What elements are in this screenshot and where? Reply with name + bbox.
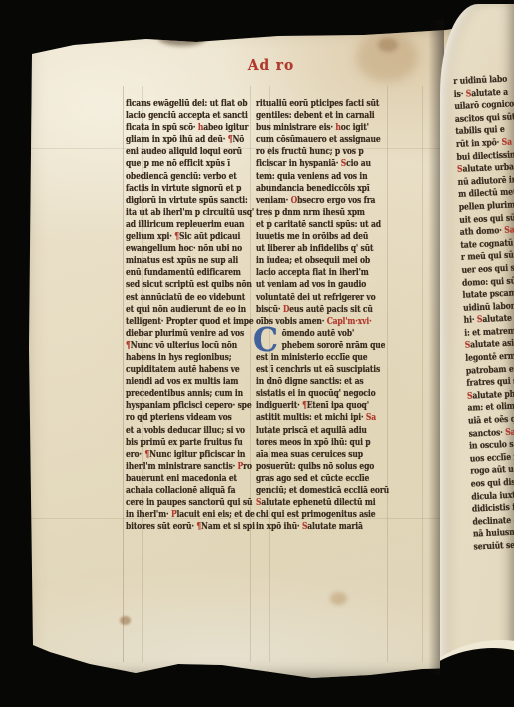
text-line: bitores sūt eorū· ¶Nam et si spi [126,521,254,533]
text-line: ut veniam ad vos in gaudio [256,279,392,291]
text-line: ficiscar in hyspaniā· Scio au [256,158,392,170]
text-line: lacio genciū accepta et sancti [126,110,254,122]
text-line: bauerunt eni macedonia et [126,473,254,485]
text-line: bis primū ex parte fruitus fu [126,437,254,449]
text-line: ro qd pteriens videam vos [126,412,254,424]
stain-top [158,30,206,46]
text-line: cere in paupes sanctorū qui sū [126,497,254,509]
text-line: ut liberer ab infidelibs q' sūt [256,243,392,255]
text-line: ewangelium hoc· nōn ubi no [126,243,254,255]
text-line: ero· ¶Nunc igitur pficiscar in [126,449,254,461]
manuscript-page: Ad ro ficans ewāgeliū dei: ut fiat oblac… [26,28,458,678]
text-line: ficans ewāgeliū dei: ut fiat ob [126,98,254,110]
text-line: aīa mea suas ceruices sup [256,449,392,461]
text-line: voluntatē dei ut refrigerer vo [256,292,392,304]
photo-frame: Ad ro ficans ewāgeliū dei: ut fiat oblac… [0,0,514,707]
text-line: iherl'm ministrare sanctis· Pro [126,461,254,473]
text-line: genciū; et domesticā eccliā eorū [256,485,392,497]
text-line: et a vobis deducar illuc; si vo [126,425,254,437]
text-line: cum cōsūmauero et assignaue [256,134,392,146]
text-line: gliam in xpō ihū ad deū· ¶Nō [126,134,254,146]
text-line: ritualiū eorū pticipes facti sūt [256,98,392,110]
ruling-line [422,86,423,662]
text-line: obediencā genciū: verbo et [126,171,254,183]
text-line: bus ministrare eis· hoc igit' [256,122,392,134]
text-line: hyspaniam pficisci cepero· spe [126,400,254,412]
text-line: eos qui dissen [471,476,514,492]
text-line: posuerūt: quibs nō solus ego [256,461,392,473]
text-line: abundancia benediccōis xpī [256,183,392,195]
facing-page: r uidinū labois· Salutate auilarō cognic… [440,4,514,707]
text-column-left: ficans ewāgeliū dei: ut fiat oblacio gen… [126,98,254,533]
text-line: gentiles: debent et in carnali [256,110,392,122]
stain-bottom-center [330,592,347,605]
text-line: precedentibus annis; cum in [126,388,254,400]
text-line: iuuetis me in orōibs ad deū [256,231,392,243]
text-line: sistatis ei in quocūq' negocio [256,388,392,400]
text-line: ¶Nunc vō ulterius locū nōn [126,340,254,352]
text-line: eni audeo aliquid loqui eorū [126,146,254,158]
text-line: ad illiricum repleuerim euan [126,219,254,231]
text-line: in iherl'm· Placuit eni eis; et de [126,509,254,521]
stain-bottom-left [120,616,131,625]
text-line: indiguerit· ¶Etenī ipa quoq' [256,400,392,412]
text-line: habens in hys regionibus; [126,352,254,364]
text-line: in dnō digne sanctis: et as [256,376,392,388]
text-line: tem: quia veniens ad vos in [256,171,392,183]
text-line: tores meos in xpō ihū: qui p [256,437,392,449]
text-line: minatus est xpūs ne sup ali [126,255,254,267]
text-line: gelium xpi· ¶Sic aūt pdicaui [126,231,254,243]
text-line: niendi ad vos ex multis iam [126,376,254,388]
text-line: diebar plurimū venire ad vos [126,328,254,340]
text-column-right: ritualiū eorū pticipes facti sūtgentiles… [256,98,392,533]
text-line: seruiūt sed suo [473,539,514,555]
text-line: lacio accepta fiat in iherl'm [256,267,392,279]
text-line: tres p dnm nrm ihesū xpm [256,207,392,219]
text-line: chi qui est primogenitus asie [256,509,392,521]
text-line: Salutate ephenetū dilectū mi [256,497,392,509]
stain-top-right-core [378,38,398,52]
text-line: factis in virtute signorū et p [126,183,254,195]
text-line: et p caritatē sancti spūs: ut ad [256,219,392,231]
text-line: digiorū in virtute spūs sancti: [126,195,254,207]
text-line: que p me nō efficit xpūs ī [126,158,254,170]
text-line: et qui nōn audierunt de eo in [126,304,254,316]
text-line: in xpō ihū· Salutate mariā [256,521,392,533]
facing-page-text: r uidinū labois· Salutate auilarō cognic… [453,73,514,562]
text-line: in iudea; et obsequii mei ob [256,255,392,267]
text-line: lutate priscā et aquilā adiu [256,425,392,437]
text-line: cupiditatem autē habens ve [126,364,254,376]
text-line: biscū· Deus autē pacis sit cū [256,304,392,316]
running-header: Ad ro [234,56,308,74]
text-line: ficata in spū scō· habeo igitur [126,122,254,134]
text-line: achaia collacionē aliquā fa [126,485,254,497]
text-line: astitit multis: et michi ipi· Sa [256,412,392,424]
text-line: gras ago sed et cūcte ecclīe [256,473,392,485]
text-line: est annūciatū de eo videbunt [126,292,254,304]
text-line: sed sicut scriptū est quibs nōn [126,279,254,291]
text-line: enū fundamentū edificarem [126,267,254,279]
text-line: ro eis fructū hunc; p vos p [256,146,392,158]
ruling-line [123,86,124,662]
text-line: veniam· Obsecro ergo vos fra [256,195,392,207]
text-line: telligent· Propter quod et impe [126,316,254,328]
text-line: est ī cenchris ut eā suscipiatis [256,364,392,376]
illuminated-initial: C [253,323,278,356]
text-line: ita ut ab iherl'm p circuitū usq' [126,207,254,219]
